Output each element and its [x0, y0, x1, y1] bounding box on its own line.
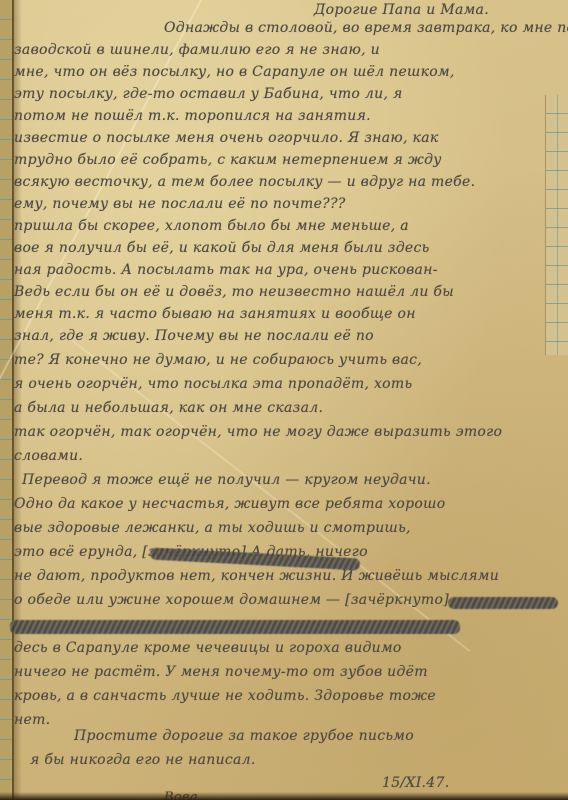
letter-line: Перевод я тоже ещё не получил — кругом н…	[22, 472, 431, 488]
letter-line: мне, что он вёз посылку, но в Сарапуле о…	[14, 64, 455, 80]
letter-line: заводской в шинели, фамилию его я не зна…	[14, 42, 380, 58]
letter-line: ему, почему вы не послали её по почте???	[14, 196, 346, 212]
letter-line: потом не пошёл т.к. торопился на занятия…	[14, 108, 371, 124]
page-bottom-edge	[0, 792, 568, 800]
letter-line: знал, где я живу. Почему вы не послали е…	[14, 328, 374, 344]
letter-line: нет.	[14, 712, 50, 728]
letter-line: меня т.к. я часто бываю на занятиях и во…	[14, 306, 416, 322]
letter-line: трудно было её собрать, с каким нетерпен…	[14, 152, 442, 168]
letter-line: я бы никогда его не написал.	[30, 752, 256, 768]
scanned-letter-page: Дорогие Папа и Мама. Однажды в столовой,…	[0, 0, 568, 800]
notebook-grid-edge-right	[545, 95, 568, 355]
letter-line: всякую весточку, а тем более посылку — и…	[14, 174, 475, 190]
letter-line: Простите дорогие за такое грубое письмо	[74, 728, 414, 744]
letter-line: словами.	[14, 448, 83, 464]
letter-line: десь в Сарапуле кроме чечевицы и гороха …	[14, 640, 402, 656]
letter-greeting: Дорогие Папа и Мама.	[314, 2, 489, 18]
letter-line: Одно да какое у несчастья, живут все реб…	[14, 496, 445, 512]
letter-line: Однажды в столовой, во время завтрака, к…	[164, 20, 568, 36]
letter-line: вые здоровые лежанки, а ты ходишь и смот…	[14, 520, 411, 536]
letter-line: о обеде или ужине хорошем домашнем — [за…	[14, 592, 449, 608]
letter-line: вое я получил бы её, и какой бы для меня…	[14, 240, 430, 256]
letter-line: пришла бы скорее, хлопот было бы мне мен…	[14, 218, 409, 234]
letter-line: а была и небольшая, как он мне сказал.	[14, 400, 323, 416]
letter-line: те? Я конечно не думаю, и не собираюсь у…	[14, 352, 422, 368]
crossed-out-scribble	[448, 597, 558, 609]
letter-date: 15/XI.47.	[382, 775, 449, 791]
letter-line: кровь, а в санчасть лучше не ходить. Здо…	[14, 688, 436, 704]
letter-line: ная радость. А посылать так на ура, очен…	[14, 262, 438, 278]
letter-line: я очень огорчён, что посылка эта пропадё…	[14, 376, 412, 392]
letter-line: эту посылку, где-то оставил у Бабина, чт…	[14, 86, 403, 102]
crossed-out-scribble	[10, 620, 460, 634]
letter-line: так огорчён, так огорчён, что не могу да…	[14, 424, 502, 440]
letter-line: Ведь если бы он её и довёз, то неизвестн…	[14, 284, 454, 300]
letter-line: ничего не растёт. У меня почему-то от зу…	[14, 664, 428, 680]
letter-line: известие о посылке меня очень огорчило. …	[14, 130, 439, 146]
letter-line: не дают, продуктов нет, кончен жизни. И …	[14, 568, 499, 584]
